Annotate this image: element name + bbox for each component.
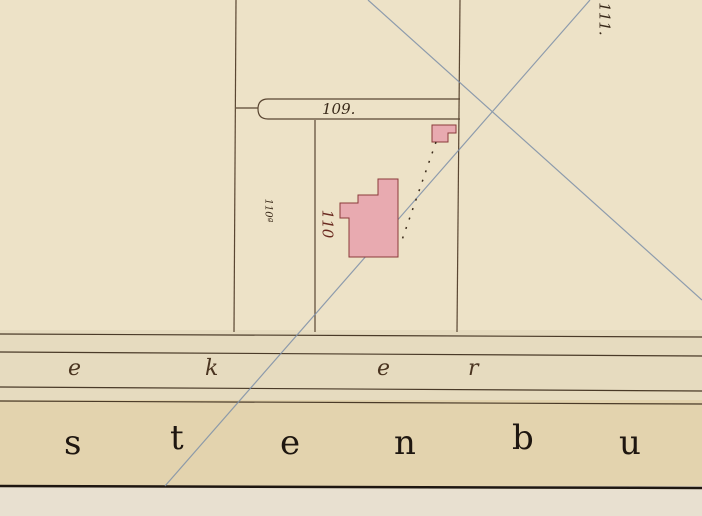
street-letter: b (512, 418, 534, 458)
street-letter: s (64, 423, 81, 463)
parcel-label-111: 111. (596, 2, 614, 35)
waterway-letter: r (468, 356, 479, 381)
street-letter: u (619, 423, 641, 463)
parcel-label-110a: 110ª (262, 199, 273, 223)
street-letter: n (394, 423, 416, 463)
cadastral-map (0, 0, 702, 516)
waterway-letter: e (377, 356, 390, 381)
parcel-label-110: 110 (318, 210, 336, 239)
waterway-letter: k (205, 356, 218, 381)
street-letter: e (280, 423, 300, 463)
parcel-label-109: 109. (322, 100, 355, 118)
street-letter: t (170, 418, 184, 458)
waterway-letter: e (68, 356, 81, 381)
